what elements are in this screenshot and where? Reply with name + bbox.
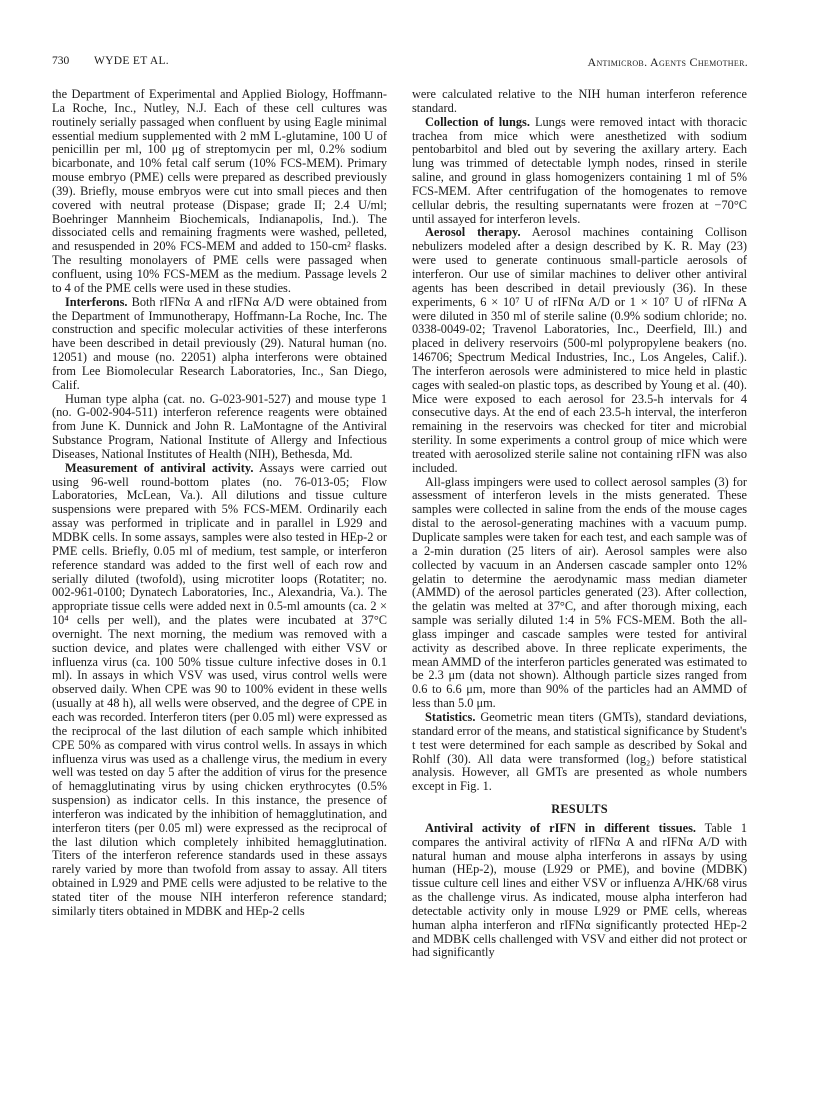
paragraph-aerosol-therapy: Aerosol therapy. Aerosol machines contai…: [412, 226, 747, 475]
paragraph-collection-of-lungs: Collection of lungs. Lungs were removed …: [412, 116, 747, 227]
paragraph-reference-reagents: Human type alpha (cat. no. G-023-901-527…: [52, 393, 387, 462]
paragraph-text: Aerosol machines containing Collison neb…: [412, 225, 747, 474]
runin-heading-interferons: Interferons.: [65, 295, 128, 309]
paragraph-antiviral-activity: Antiviral activity of rIFN in different …: [412, 822, 747, 960]
paragraph-text: Both rIFNα A and rIFNα A/D were obtained…: [52, 295, 387, 392]
paragraph-text: Table 1 compares the antiviral activity …: [412, 821, 747, 960]
runin-heading-statistics: Statistics.: [425, 710, 475, 724]
paragraph-impingers: All-glass impingers were used to collect…: [412, 476, 747, 711]
paragraph-continuation: were calculated relative to the NIH huma…: [412, 88, 747, 116]
journal-name: Antimicrob. Agents Chemother.: [588, 55, 748, 70]
paragraph-antiviral-measurement: Measurement of antiviral activity. Assay…: [52, 462, 387, 919]
running-header: 730 WYDE ET AL. Antimicrob. Agents Chemo…: [52, 55, 748, 71]
left-column: the Department of Experimental and Appli…: [52, 88, 387, 919]
runin-heading-measurement: Measurement of antiviral activity.: [65, 461, 253, 475]
runin-heading-aerosol: Aerosol therapy.: [425, 225, 521, 239]
runin-heading-lungs: Collection of lungs.: [425, 115, 530, 129]
paragraph-interferons: Interferons. Both rIFNα A and rIFNα A/D …: [52, 296, 387, 393]
paragraph-text: Assays were carried out using 96-well ro…: [52, 461, 387, 918]
runin-heading-antiviral-activity: Antiviral activity of rIFN in different …: [425, 821, 696, 835]
page-number: 730: [52, 55, 69, 67]
running-authors: WYDE ET AL.: [94, 55, 169, 67]
paragraph-statistics: Statistics. Geometric mean titers (GMTs)…: [412, 711, 747, 794]
section-heading-results: RESULTS: [412, 803, 747, 817]
paragraph-text: Lungs were removed intact with thoracic …: [412, 115, 747, 226]
right-column: were calculated relative to the NIH huma…: [412, 88, 747, 960]
paragraph-cell-culture: the Department of Experimental and Appli…: [52, 88, 387, 296]
